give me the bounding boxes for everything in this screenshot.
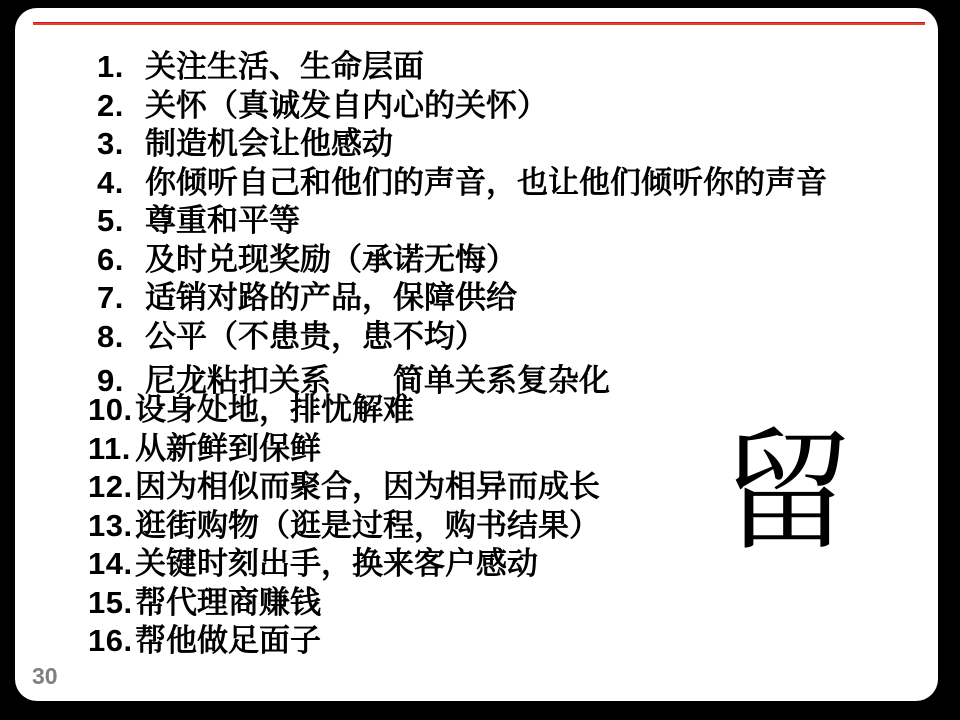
list-item: 7. 适销对路的产品，保障供给 (88, 279, 827, 318)
list-item-number: 14. (88, 545, 135, 584)
list-item-text: 关怀（真诚发自内心的关怀） (145, 87, 548, 126)
numbered-list-items-1-8: 1. 关注生活、生命层面 2. 关怀（真诚发自内心的关怀） 3. 制造机会让他感… (88, 48, 827, 356)
list-item-text: 关注生活、生命层面 (145, 48, 424, 87)
slide-page-number: 30 (32, 663, 58, 690)
list-item-number: 16. (88, 622, 135, 661)
list-item-text: 因为相似而聚合，因为相异而成长 (135, 468, 600, 507)
list-item: 4. 你倾听自己和他们的声音，也让他们倾听你的声音 (88, 164, 827, 203)
list-item-number: 6. (88, 241, 145, 280)
list-item-number: 3. (88, 125, 145, 164)
list-item: 11. 从新鲜到保鲜 (88, 430, 610, 469)
list-item-text: 公平（不患贵，患不均） (145, 318, 486, 357)
list-item: 8. 公平（不患贵，患不均） (88, 318, 827, 357)
list-item-text: 逛街购物（逛是过程，购书结果） (135, 507, 600, 546)
presentation-slide: 1. 关注生活、生命层面 2. 关怀（真诚发自内心的关怀） 3. 制造机会让他感… (15, 8, 938, 701)
list-item: 6. 及时兑现奖励（承诺无悔） (88, 241, 827, 280)
list-item: 3. 制造机会让他感动 (88, 125, 827, 164)
list-item: 2. 关怀（真诚发自内心的关怀） (88, 87, 827, 126)
list-item-number: 11. (88, 430, 135, 469)
list-item: 12. 因为相似而聚合，因为相异而成长 (88, 468, 610, 507)
list-item-number: 10. (88, 391, 135, 430)
top-accent-rule (33, 22, 925, 25)
list-item-text: 从新鲜到保鲜 (135, 430, 321, 469)
list-item-number: 13. (88, 507, 135, 546)
list-item-text: 关键时刻出手，换来客户感动 (135, 545, 538, 584)
list-item: 14. 关键时刻出手，换来客户感动 (88, 545, 610, 584)
list-item: 15. 帮代理商赚钱 (88, 584, 610, 623)
list-item-number: 7. (88, 279, 145, 318)
list-item-number: 15. (88, 584, 135, 623)
list-item-text: 设身处地，排忧解难 (135, 391, 414, 430)
list-item-number: 8. (88, 318, 145, 357)
list-item-text: 尊重和平等 (145, 202, 300, 241)
list-item-number: 4. (88, 164, 145, 203)
list-item-number: 1. (88, 48, 145, 87)
list-item-number: 5. (88, 202, 145, 241)
list-item-text: 及时兑现奖励（承诺无悔） (145, 241, 517, 280)
list-item-text: 帮他做足面子 (135, 622, 321, 661)
list-item-number: 2. (88, 87, 145, 126)
list-item: 1. 关注生活、生命层面 (88, 48, 827, 87)
list-item-number: 12. (88, 468, 135, 507)
keyword-character: 留 (717, 423, 857, 563)
list-item-text: 制造机会让他感动 (145, 125, 393, 164)
list-item-text: 适销对路的产品，保障供给 (145, 279, 517, 318)
list-item-text: 帮代理商赚钱 (135, 584, 321, 623)
list-item: 5. 尊重和平等 (88, 202, 827, 241)
list-item-text: 你倾听自己和他们的声音，也让他们倾听你的声音 (145, 164, 827, 203)
numbered-list-items-9-16: 9. 尼龙粘扣关系 简单关系复杂化 10. 设身处地，排忧解难 11. 从新鲜到… (88, 362, 610, 661)
list-item: 16. 帮他做足面子 (88, 622, 610, 661)
list-item: 13. 逛街购物（逛是过程，购书结果） (88, 507, 610, 546)
